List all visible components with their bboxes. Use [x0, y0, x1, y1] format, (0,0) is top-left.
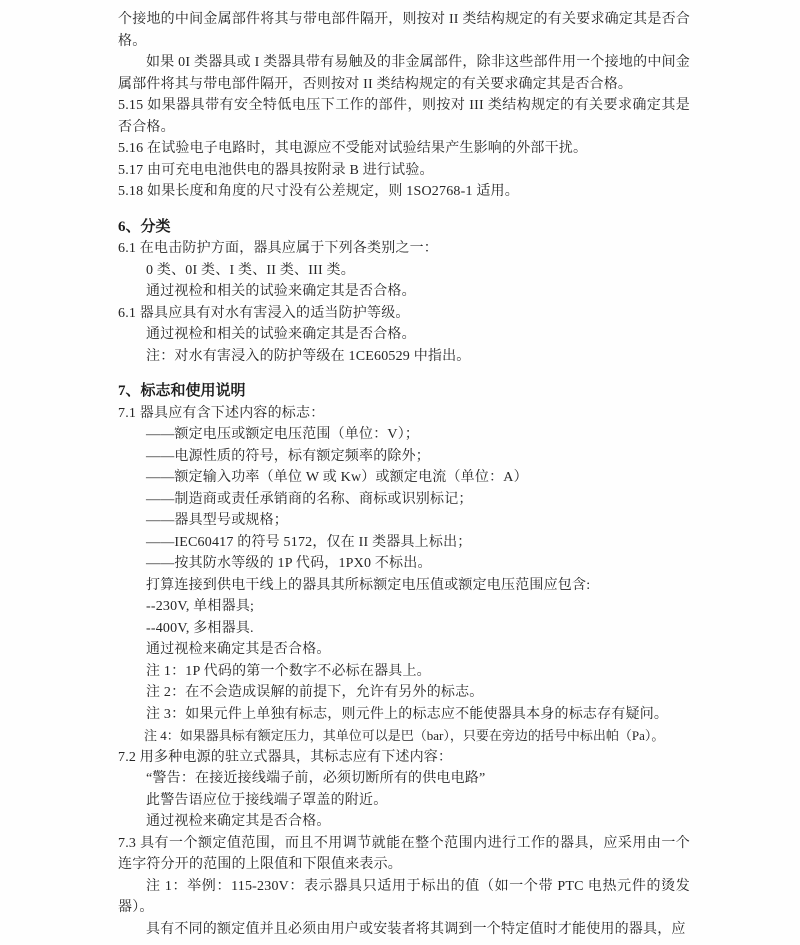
note: 注：对水有害浸入的防护等级在 1CE60529 中指出。 — [118, 346, 690, 368]
list-item: --400V, 多相器具. — [118, 618, 690, 640]
note-4: 注 4：如果器具标有额定压力，其单位可以是巴（bar），只要在旁边的括号中标出帕… — [118, 725, 690, 747]
note-1: 注 1：1P 代码的第一个数字不必标在器具上。 — [118, 661, 690, 683]
paragraph: 此警告语应位于接线端子罩盖的附近。 — [118, 790, 690, 812]
list-item: ——制造商或责任承销商的名称、商标或识别标记； — [118, 489, 690, 511]
paragraph-5-15: 5.15 如果器具带有安全特低电压下工作的部件，则按对 III 类结构规定的有关… — [118, 95, 690, 138]
note-example: 注 1：举例：115-230V：表示器具只适用于标出的值（如一个带 PTC 电热… — [118, 876, 690, 919]
paragraph: 通过视检来确定其是否合格。 — [118, 811, 690, 833]
document-page: 个接地的中间金属部件将其与带电部件隔开，则按对 II 类结构规定的有关要求确定其… — [0, 0, 800, 945]
list-item: --230V, 单相器具; — [118, 596, 690, 618]
paragraph-5-16: 5.16 在试验电子电路时，其电源应不受能对试验结果产生影响的外部干扰。 — [118, 138, 690, 160]
paragraph: 具有不同的额定值并且必须由用户或安装者将其调到一个特定值时才能使用的器具，应 — [118, 919, 690, 941]
section-heading-7: 7、标志和使用说明 — [118, 381, 690, 403]
list-item: ——额定输入功率（单位 W 或 Kw）或额定电流（单位：A） — [118, 467, 690, 489]
note-3: 注 3：如果元件上单独有标志，则元件上的标志应不能使器具本身的标志存有疑问。 — [118, 704, 690, 726]
section-heading-6: 6、分类 — [118, 217, 690, 239]
paragraph: 通过视检和相关的试验来确定其是否合格。 — [118, 324, 690, 346]
paragraph: 通过视检来确定其是否合格。 — [118, 639, 690, 661]
list-item: ——电源性质的符号，标有额定频率的除外； — [118, 446, 690, 468]
list-item: ——额定电压或额定电压范围（单位：V）； — [118, 424, 690, 446]
paragraph-5-17: 5.17 由可充电电池供电的器具按附录 B 进行试验。 — [118, 160, 690, 182]
paragraph-7-3: 7.3 具有一个额定值范围，而且不用调节就能在整个范围内进行工作的器具，应采用由… — [118, 833, 690, 876]
paragraph-6-1b: 6.1 器具应具有对水有害浸入的适当防护等级。 — [118, 303, 690, 325]
paragraph-6-1: 6.1 在电击防护方面，器具应属于下列各类别之一： — [118, 238, 690, 260]
list-item: ——按其防水等级的 1P 代码，1PX0 不标出。 — [118, 553, 690, 575]
paragraph: 通过视检和相关的试验来确定其是否合格。 — [118, 281, 690, 303]
paragraph: 如果 0I 类器具或 I 类器具带有易触及的非金属部件，除非这些部件用一个接地的… — [118, 52, 690, 95]
paragraph-5-18: 5.18 如果长度和角度的尺寸没有公差规定，则 1SO2768-1 适用。 — [118, 181, 690, 203]
warning-text: “警告：在接近接线端子前，必须切断所有的供电电路” — [118, 768, 690, 790]
paragraph: 打算连接到供电干线上的器具其所标额定电压值或额定电压范围应包含: — [118, 575, 690, 597]
list-item: ——IEC60417 的符号 5172，仅在 II 类器具上标出； — [118, 532, 690, 554]
list-item: ——器具型号或规格； — [118, 510, 690, 532]
paragraph-7-1: 7.1 器具应有含下述内容的标志： — [118, 403, 690, 425]
paragraph-5-cont: 个接地的中间金属部件将其与带电部件隔开，则按对 II 类结构规定的有关要求确定其… — [118, 9, 690, 52]
note-2: 注 2：在不会造成误解的前提下，允许有另外的标志。 — [118, 682, 690, 704]
paragraph: 0 类、0I 类、I 类、II 类、III 类。 — [118, 260, 690, 282]
paragraph-7-2: 7.2 用多种电源的驻立式器具，其标志应有下述内容： — [118, 747, 690, 769]
